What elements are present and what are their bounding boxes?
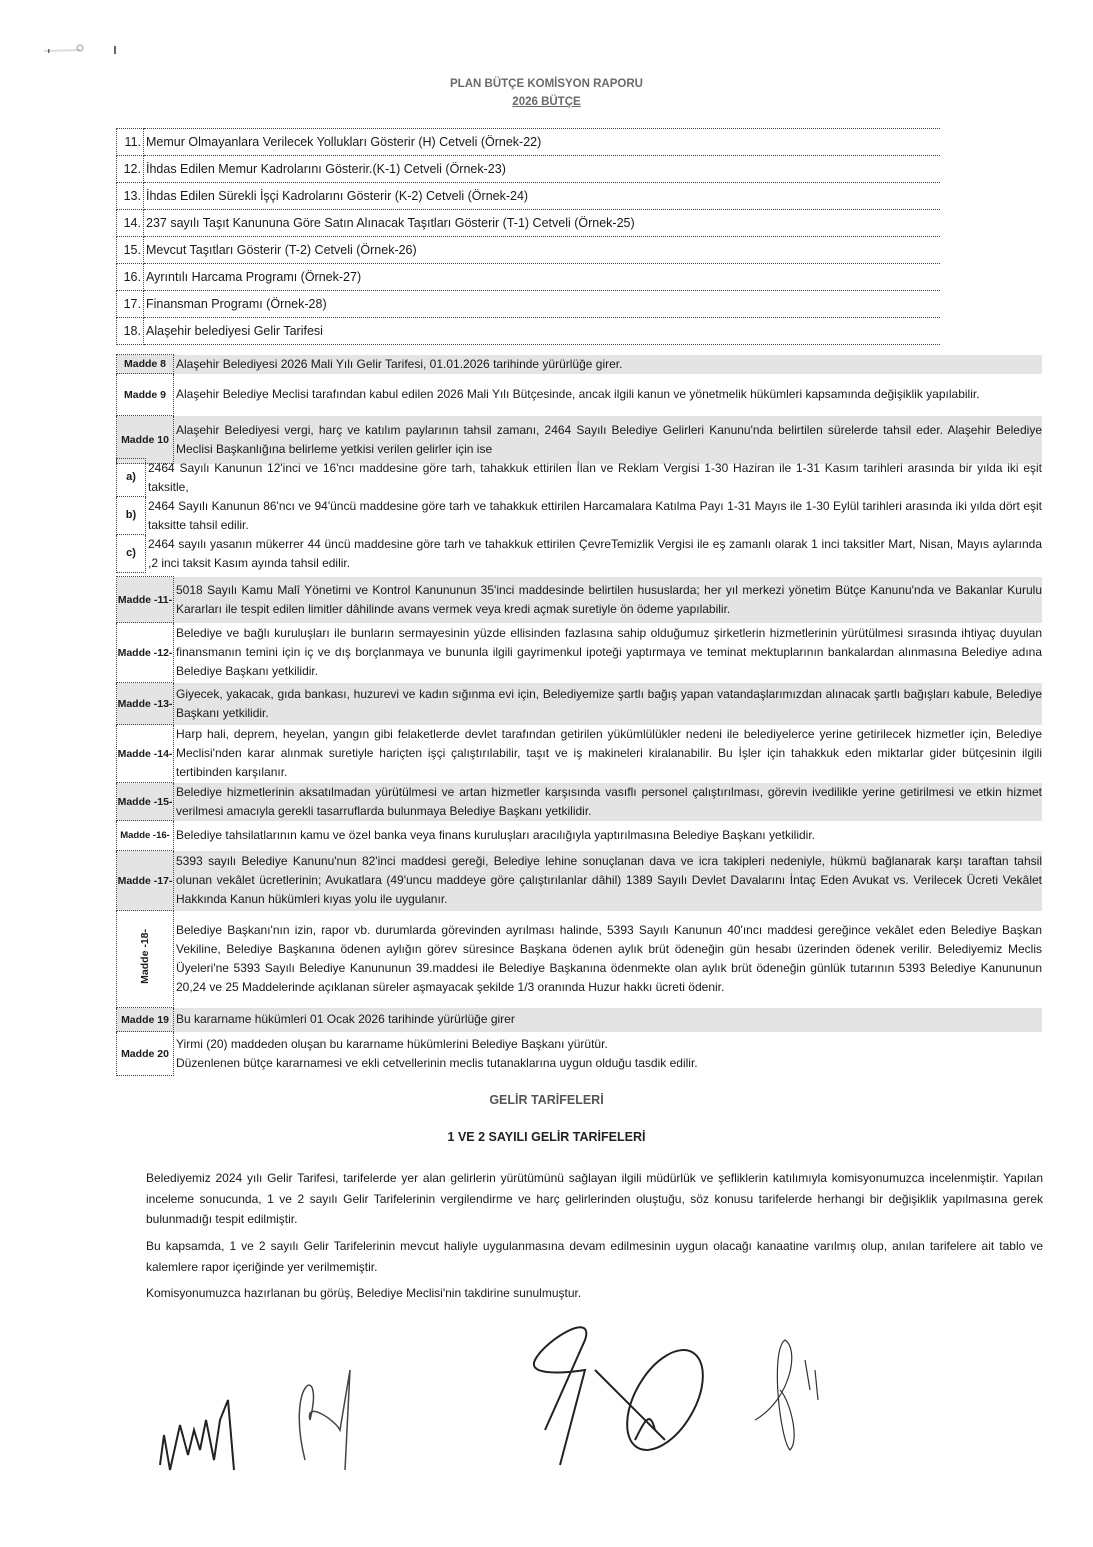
list-item-number: 15. (117, 237, 144, 264)
articles-table: Madde 8 Alaşehir Belediyesi 2026 Mali Yı… (116, 354, 1042, 464)
article-row: Madde 9 Alaşehir Belediye Meclisi tarafı… (117, 374, 1043, 416)
paragraph: Belediyemiz 2024 yılı Gelir Tarifesi, ta… (146, 1168, 1043, 1230)
list-item-number: 13. (117, 183, 144, 210)
sub-article-row: b) 2464 Sayılı Kanunun 86'ncı ve 94'üncü… (117, 497, 1043, 535)
section-heading-gelir-tarifeleri: GELİR TARİFELERİ (0, 1093, 1093, 1107)
article-row: Madde -13- Giyecek, yakacak, gıda bankas… (117, 683, 1043, 725)
signature-3-icon (525, 1310, 725, 1480)
article-label: Madde 9 (117, 374, 174, 416)
list-item: 11.Memur Olmayanlara Verilecek Yolluklar… (117, 129, 941, 156)
sub-article-text: 2464 Sayılı Kanunun 86'ncı ve 94'üncü ma… (146, 497, 1043, 535)
article-row: Madde -12- Belediye ve bağlı kuruluşları… (117, 623, 1043, 683)
list-item-text: İhdas Edilen Memur Kadrolarını Gösterir.… (144, 156, 941, 183)
article-row: Madde 8 Alaşehir Belediyesi 2026 Mali Yı… (117, 355, 1043, 374)
article-text: Alaşehir Belediyesi 2026 Mali Yılı Gelir… (174, 355, 1043, 374)
article-label: Madde -13- (117, 683, 174, 725)
article-label: Madde 19 (117, 1008, 174, 1032)
article-row: Madde 20 Yirmi (20) maddeden oluşan bu k… (117, 1032, 1043, 1076)
article-label: Madde 20 (117, 1032, 174, 1076)
sub-article-label: c) (117, 535, 146, 573)
paragraph: Bu kapsamda, 1 ve 2 sayılı Gelir Tarifel… (146, 1236, 1043, 1277)
list-item-number: 12. (117, 156, 144, 183)
list-item: 14.237 sayılı Taşıt Kanununa Göre Satın … (117, 210, 941, 237)
section-heading-sayili: 1 VE 2 SAYILI GELİR TARİFELERİ (0, 1130, 1093, 1144)
appendix-list: 11.Memur Olmayanlara Verilecek Yolluklar… (116, 128, 940, 345)
list-item: 16.Ayrıntılı Harcama Programı (Örnek-27) (117, 264, 941, 291)
article-row: Madde -16- Belediye tahsilatlarının kamu… (117, 821, 1043, 851)
signature-4-icon (750, 1330, 830, 1470)
report-subtitle: 2026 BÜTÇE (0, 96, 1093, 108)
article-label: Madde -17- (117, 851, 174, 911)
list-item-number: 11. (117, 129, 144, 156)
list-item-number: 17. (117, 291, 144, 318)
article-text: Harp hali, deprem, heyelan, yangın gibi … (174, 725, 1043, 783)
article-row: Madde -15- Belediye hizmetlerinin aksatı… (117, 783, 1043, 821)
article-text: Bu kararname hükümleri 01 Ocak 2026 tari… (174, 1008, 1043, 1032)
article-text: Alaşehir Belediyesi vergi, harç ve katıl… (174, 416, 1043, 464)
list-item-text: Finansman Programı (Örnek-28) (144, 291, 941, 318)
sub-article-text: 2464 sayılı yasanın mükerrer 44 üncü mad… (146, 535, 1043, 573)
list-item-text: İhdas Edilen Sürekli İşçi Kadrolarını Gö… (144, 183, 941, 210)
articles-table-2: Madde -11- 5018 Sayılı Kamu Malî Yönetim… (116, 576, 1042, 1076)
signature-2-icon (265, 1360, 355, 1480)
signature-1-icon (150, 1360, 270, 1480)
article-label: Madde -16- (117, 821, 174, 851)
sub-article-text: 2464 Sayılı Kanunun 12'inci ve 16'ncı ma… (146, 459, 1043, 497)
report-title: PLAN BÜTÇE KOMİSYON RAPORU (0, 78, 1093, 90)
article-row: Madde -14- Harp hali, deprem, heyelan, y… (117, 725, 1043, 783)
sub-article-row: c) 2464 sayılı yasanın mükerrer 44 üncü … (117, 535, 1043, 573)
article-row: Madde -17- 5393 sayılı Belediye Kanunu'n… (117, 851, 1043, 911)
article-text: Belediye hizmetlerinin aksatılmadan yürü… (174, 783, 1043, 821)
list-item-number: 18. (117, 318, 144, 345)
article-text: Giyecek, yakacak, gıda bankası, huzurevi… (174, 683, 1043, 725)
article-label: Madde -15- (117, 783, 174, 821)
article-text: 5018 Sayılı Kamu Malî Yönetimi ve Kontro… (174, 577, 1043, 623)
list-item-text: Mevcut Taşıtları Gösterir (T-2) Cetveli … (144, 237, 941, 264)
article-row: Madde 19 Bu kararname hükümleri 01 Ocak … (117, 1008, 1043, 1032)
list-item-text: Ayrıntılı Harcama Programı (Örnek-27) (144, 264, 941, 291)
article-row: Madde -11- 5018 Sayılı Kamu Malî Yönetim… (117, 577, 1043, 623)
article-line: Yirmi (20) maddeden oluşan bu kararname … (176, 1035, 1042, 1054)
list-item: 12.İhdas Edilen Memur Kadrolarını Göster… (117, 156, 941, 183)
scan-mark-icon (40, 42, 120, 56)
sub-article-label: a) (117, 459, 146, 497)
article-label: Madde -14- (117, 725, 174, 783)
list-item: 15.Mevcut Taşıtları Gösterir (T-2) Cetve… (117, 237, 941, 264)
paragraph: Komisyonumuzca hazırlanan bu görüş, Bele… (146, 1283, 1043, 1304)
article-label: Madde 8 (117, 355, 174, 374)
article-text: Alaşehir Belediye Meclisi tarafından kab… (174, 374, 1043, 416)
list-item-text: 237 sayılı Taşıt Kanununa Göre Satın Alı… (144, 210, 941, 237)
list-item-number: 16. (117, 264, 144, 291)
list-item-number: 14. (117, 210, 144, 237)
article-label: Madde -11- (117, 577, 174, 623)
article-row: Madde -18- Belediye Başkanı'nın izin, ra… (117, 911, 1043, 1008)
article-text: Belediye ve bağlı kuruluşları ile bunlar… (174, 623, 1043, 683)
sub-article-row: a) 2464 Sayılı Kanunun 12'inci ve 16'ncı… (117, 459, 1043, 497)
list-item: 18.Alaşehir belediyesi Gelir Tarifesi (117, 318, 941, 345)
article-text: Belediye Başkanı'nın izin, rapor vb. dur… (174, 911, 1043, 1008)
article-row: Madde 10 Alaşehir Belediyesi vergi, harç… (117, 416, 1043, 464)
article-text: Yirmi (20) maddeden oluşan bu kararname … (174, 1032, 1043, 1076)
article-text: Belediye tahsilatlarının kamu ve özel ba… (174, 821, 1043, 851)
article-label: Madde -12- (117, 623, 174, 683)
article-label: Madde 10 (117, 416, 174, 464)
list-item-text: Alaşehir belediyesi Gelir Tarifesi (144, 318, 941, 345)
article-label: Madde -18- (117, 911, 174, 1008)
article-line: Düzenlenen bütçe kararnamesi ve ekli cet… (176, 1054, 1042, 1073)
sub-article-label: b) (117, 497, 146, 535)
list-item-text: Memur Olmayanlara Verilecek Yollukları G… (144, 129, 941, 156)
article-text: 5393 sayılı Belediye Kanunu'nun 82'inci … (174, 851, 1043, 911)
sub-articles-table: a) 2464 Sayılı Kanunun 12'inci ve 16'ncı… (116, 458, 1042, 573)
list-item: 17.Finansman Programı (Örnek-28) (117, 291, 941, 318)
list-item: 13.İhdas Edilen Sürekli İşçi Kadrolarını… (117, 183, 941, 210)
